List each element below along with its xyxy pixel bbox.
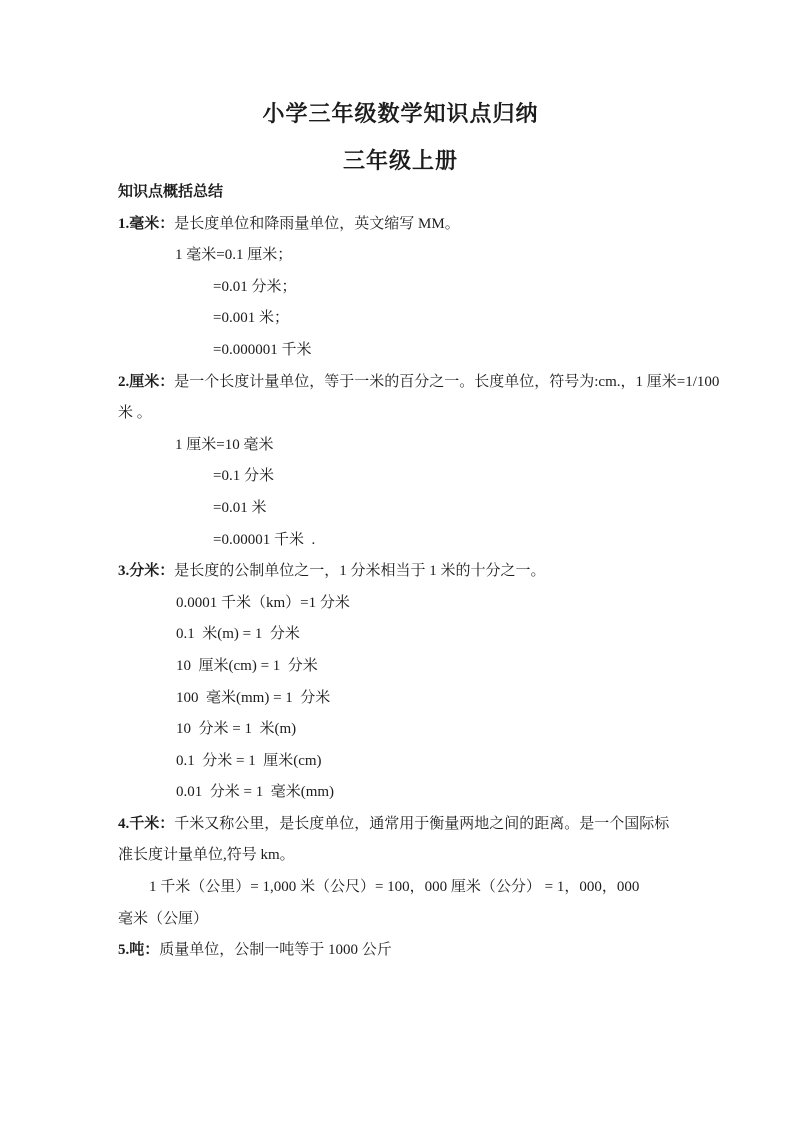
section-4-term: 4.千米：: [118, 816, 174, 832]
section-2-definition: 是一个长度计量单位，等于一米的百分之一。长度单位，符号为:cm.，1 厘米=1/…: [174, 374, 719, 390]
section-4-conversion-wrap-line: 毫米（公厘）: [118, 904, 683, 936]
section-1-conversion-line: =0.000001 千米: [118, 335, 683, 367]
section-5-definition-line: 5.吨：质量单位，公制一吨等于 1000 公斤: [118, 935, 683, 967]
section-3-conversion-line: 10 分米 = 1 米(m): [118, 714, 683, 746]
section-1-term: 1.毫米：: [118, 216, 174, 232]
document-title: 小学三年级数学知识点归纳: [118, 98, 683, 130]
section-4-conversion-line: 1 千米（公里）= 1,000 米（公尺）= 100，000 厘米（公分） = …: [118, 872, 683, 904]
section-2-definition-wrap-line: 米 。: [118, 398, 683, 430]
section-4-definition-line: 4.千米：千米又称公里，是长度单位，通常用于衡量两地之间的距离。是一个国际标: [118, 809, 683, 841]
overview-heading: 知识点概括总结: [118, 177, 683, 209]
section-3-conversion-line: 10 厘米(cm) = 1 分米: [118, 651, 683, 683]
section-1-conversion-line: =0.01 分米；: [118, 272, 683, 304]
document-subtitle: 三年级上册: [118, 145, 683, 177]
section-3-conversion-line: 0.01 分米 = 1 毫米(mm): [118, 777, 683, 809]
section-5-term: 5.吨：: [118, 942, 159, 958]
section-1-definition-line: 1.毫米：是长度单位和降雨量单位，英文缩写 MM。: [118, 209, 683, 241]
section-1-conversion-line: =0.001 米；: [118, 303, 683, 335]
section-4-definition-wrap-line: 准长度计量单位,符号 km。: [118, 840, 683, 872]
section-3-definition-line: 3.分米：是长度的公制单位之一，1 分米相当于 1 米的十分之一。: [118, 556, 683, 588]
section-2-term: 2.厘米：: [118, 374, 174, 390]
section-2-conversion-line: =0.1 分米: [118, 461, 683, 493]
section-3-conversion-line: 0.1 分米 = 1 厘米(cm): [118, 746, 683, 778]
section-3-conversion-line: 0.1 米(m) = 1 分米: [118, 619, 683, 651]
section-5-definition: 质量单位，公制一吨等于 1000 公斤: [159, 942, 392, 958]
section-2-conversion-line: 1 厘米=10 毫米: [118, 430, 683, 462]
section-2-conversion-line: =0.00001 千米 .: [118, 525, 683, 557]
section-3-conversion-line: 100 毫米(mm) = 1 分米: [118, 683, 683, 715]
section-4-definition: 千米又称公里，是长度单位，通常用于衡量两地之间的距离。是一个国际标: [174, 816, 669, 832]
section-2-definition-line: 2.厘米：是一个长度计量单位，等于一米的百分之一。长度单位，符号为:cm.，1 …: [118, 367, 683, 399]
document-page: 小学三年级数学知识点归纳 三年级上册 知识点概括总结 1.毫米：是长度单位和降雨…: [0, 0, 793, 1122]
section-2-conversion-line: =0.01 米: [118, 493, 683, 525]
section-3-term: 3.分米：: [118, 563, 174, 579]
section-1-definition: 是长度单位和降雨量单位，英文缩写 MM。: [174, 216, 459, 232]
section-3-conversion-line: 0.0001 千米（km）=1 分米: [118, 588, 683, 620]
section-3-definition: 是长度的公制单位之一，1 分米相当于 1 米的十分之一。: [174, 563, 545, 579]
section-1-conversion-line: 1 毫米=0.1 厘米；: [118, 240, 683, 272]
